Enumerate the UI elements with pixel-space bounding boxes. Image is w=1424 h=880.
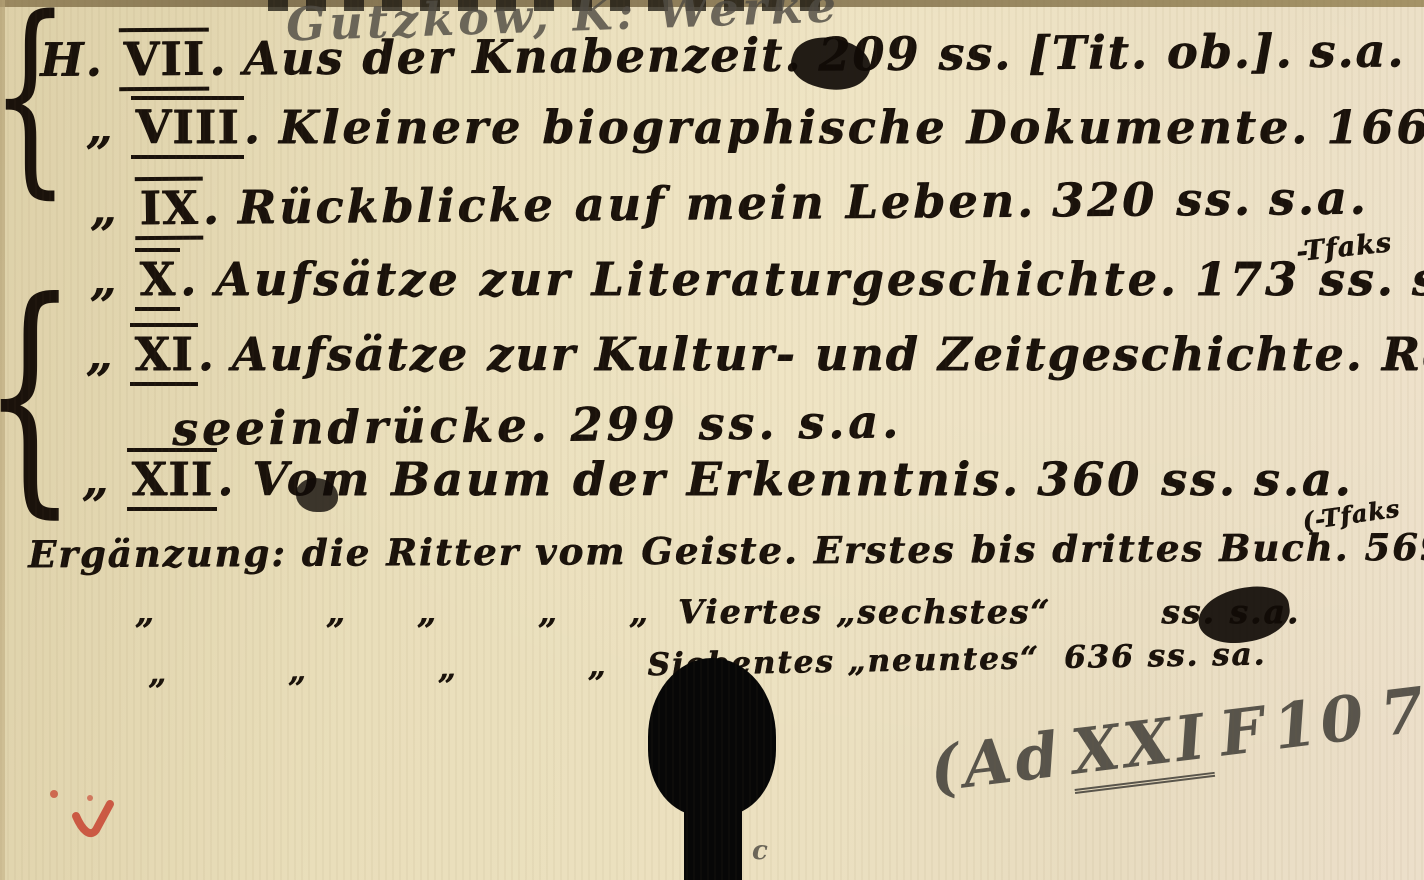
entry-title: Aufsätze zur Kultur- und Zeitgeschichte.… (232, 327, 1424, 381)
supplement-line-2: „„„„„Viertes „sechstes“ss. s.a. (135, 592, 1300, 631)
entry-title: Kleinere biographische Dokumente. (279, 100, 1310, 154)
numeral-dot: . (217, 452, 236, 506)
ditto-mark: „ (148, 655, 168, 691)
call-number: (AdXXIF1077) (926, 663, 1424, 806)
catalog-card: Gutzkow, K: Werke { { H.VII.Aus der Knab… (0, 0, 1424, 880)
entry-line-ix: „IX.Rückblicke auf mein Leben.320 ss.s.a… (90, 170, 1369, 235)
ditto-mark: „ (538, 592, 559, 631)
call-number-num2: 77 (1377, 667, 1424, 751)
red-check-mark (46, 786, 136, 856)
entry-numeral: IX (135, 177, 203, 241)
entry-suffix: s.a. (1254, 452, 1354, 506)
entry-suffix: s.a. (1412, 252, 1424, 306)
entry-numeral: VII (119, 28, 209, 92)
entry-numeral: VIII (131, 96, 243, 159)
supplement-text: Viertes „sechstes“ (678, 592, 1051, 631)
ditto-mark: „ (326, 592, 347, 631)
entry-prefix: „ (86, 100, 115, 154)
call-number-roman: XXI (1065, 699, 1215, 794)
supplement-line-1: Ergänzung: die Ritter vom Geiste. Erstes… (28, 524, 1424, 576)
ditto-mark: „ (135, 592, 156, 631)
entry-title: Rückblicke auf mein Leben. (237, 173, 1036, 234)
entry-line-viii: „VIII.Kleinere biographische Dokumente.1… (86, 100, 1424, 154)
ditto-mark: „ (587, 648, 607, 684)
punch-hole-slot (684, 790, 742, 880)
call-number-prefix: Ad (959, 718, 1067, 803)
entry-line-x: „X.Aufsätze zur Literaturgeschichte.173 … (90, 252, 1424, 306)
entry-numeral: X (135, 248, 180, 311)
ditto-mark: „ (288, 653, 308, 689)
ditto-mark: „ (629, 592, 650, 631)
ditto-mark: „ (437, 650, 457, 686)
entry-suffix: s.a. (1309, 23, 1405, 78)
numeral-dot: . (198, 327, 216, 381)
entry-line-xi-continuation: seeindrücke. 299 ss. s.a. (172, 394, 902, 456)
entry-prefix: „ (86, 327, 114, 381)
entry-prefix: „ (82, 452, 111, 506)
numeral-dot: . (209, 31, 227, 85)
entry-pages: 320 ss. (1052, 171, 1253, 227)
entry-prefix: „ (90, 252, 119, 306)
left-brace-lower: { (0, 248, 77, 539)
pencil-c-mark: c (752, 836, 768, 866)
entry-pages: 360 ss. (1037, 452, 1238, 506)
entry-prefix: H. (40, 32, 104, 86)
numeral-dot: . (180, 252, 199, 306)
entry-title: Vom Baum der Erkenntnis. (252, 452, 1021, 506)
entry-note: [Tit. ob.]. (1028, 24, 1294, 80)
numeral-dot: . (244, 100, 263, 154)
entry-title: Aus der Knabenzeit. (243, 27, 802, 85)
entry-line-xi: „XI.Aufsätze zur Kultur- und Zeitgeschic… (86, 327, 1424, 381)
entry-title: Aufsätze zur Literaturgeschichte. (215, 252, 1179, 306)
ditto-mark: „ (417, 592, 438, 631)
numeral-dot: . (202, 180, 221, 234)
call-number-letter: F (1216, 692, 1273, 770)
entry-line-xii: „XII.Vom Baum der Erkenntnis.360 ss.s.a. (82, 452, 1354, 506)
entry-numeral: XII (127, 448, 217, 511)
entry-suffix: s.a. (1269, 170, 1369, 225)
entry-numeral: XI (130, 323, 197, 386)
ink-blot (296, 478, 338, 512)
call-number-num1: 10 (1269, 680, 1371, 764)
entry-line-vii: H.VII.Aus der Knabenzeit.209 ss.[Tit. ob… (40, 23, 1406, 87)
entry-pages: 166 ss. (1326, 100, 1424, 154)
entry-prefix: „ (90, 181, 120, 235)
